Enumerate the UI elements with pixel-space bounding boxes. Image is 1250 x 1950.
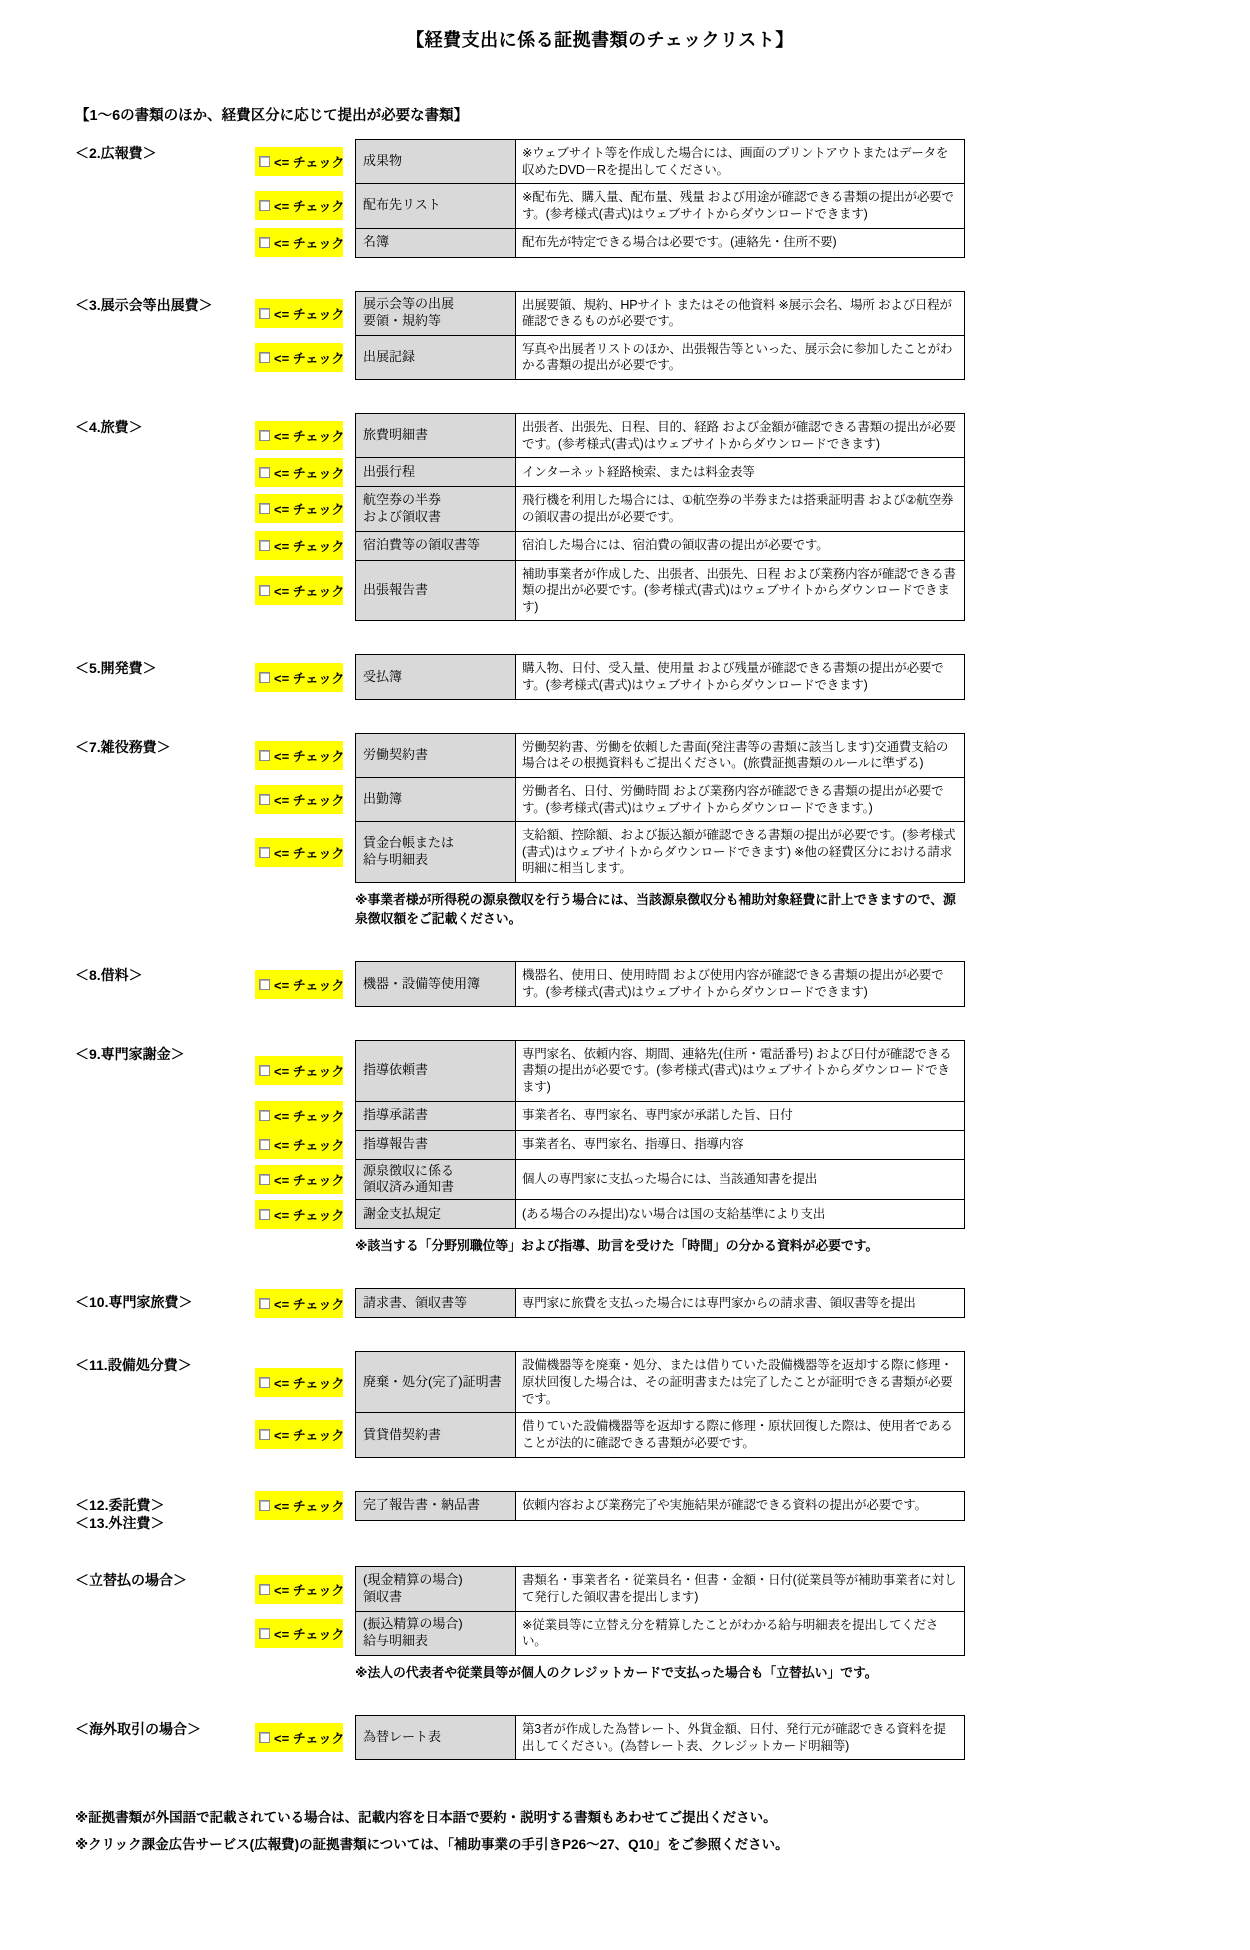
document-name-cell: 出張報告書 <box>356 561 516 621</box>
check-slot: <= チェック <box>255 1288 355 1318</box>
document-description: 配布先が特定できる場合は必要です。(連絡先・住所不要) <box>522 234 836 251</box>
table-row: <= チェック 出張行程 インターネット経路検索、または料金表等 <box>255 457 965 487</box>
section-table: <= チェック 請求書、領収書等 専門家に旅費を支払った場合には専門家からの請求… <box>255 1288 965 1318</box>
section-note: ※該当する「分野別職位等」および指導、助言を受けた「時間」の分かる資料が必要です… <box>355 1236 961 1255</box>
check-label: <= チェック <box>274 348 344 367</box>
check-slot: <= チェック <box>255 733 355 778</box>
table-row: <= チェック (振込精算の場合) 給与明細表 ※従業員等に立替え分を精算したこ… <box>255 1611 965 1656</box>
document-description-cell: 購入物、日付、受入量、使用量 および残量が確認できる書類の提出が必要です。(参考… <box>516 655 964 698</box>
section-rows: <= チェック (現金精算の場合) 領収書 書類名・事業者名・従業員名・但書・金… <box>255 1566 965 1656</box>
document-row-table: 配布先リスト ※配布先、購入量、配布量、残量 および用途が確認できる書類の提出が… <box>355 183 965 228</box>
expense-section: ＜3.展示会等出展費＞ <= チェック 展示会等の出展 要領・規約等 出展要領、… <box>75 291 1230 381</box>
check-label: <= チェック <box>274 1728 344 1747</box>
document-description: 第3者が作成した為替レート、外貨金額、日付、発行元が確認できる資料を提出してくだ… <box>522 1721 958 1754</box>
check-label: <= チェック <box>274 536 344 555</box>
document-row-table: 出張行程 インターネット経路検索、または料金表等 <box>355 457 965 487</box>
document-description-cell: 借りていた設備機器等を返却する際に修理・原状回復した際は、使用者であることが法的… <box>516 1413 964 1456</box>
checkbox[interactable] <box>259 585 270 596</box>
expense-section: ＜7.雑役務費＞ <= チェック 労働契約書 労働契約書、労働を依頼した書面(発… <box>75 733 1230 929</box>
check-cell: <= チェック <box>255 1723 343 1752</box>
checkbox[interactable] <box>259 503 270 514</box>
check-cell: <= チェック <box>255 191 343 220</box>
document-name-cell: 受払簿 <box>356 655 516 698</box>
section-label: ＜8.借料＞ <box>75 961 255 985</box>
check-label: <= チェック <box>274 1170 344 1189</box>
table-row: <= チェック 源泉徴収に係る 領収済み通知書 個人の専門家に支払った場合には、… <box>255 1159 965 1201</box>
section-rows: <= チェック 請求書、領収書等 専門家に旅費を支払った場合には専門家からの請求… <box>255 1288 965 1318</box>
document-description-cell: 第3者が作成した為替レート、外貨金額、日付、発行元が確認できる資料を提出してくだ… <box>516 1716 964 1759</box>
document-row-table: 成果物 ※ウェブサイト等を作成した場合には、画面のプリントアウトまたはデータを収… <box>355 139 965 184</box>
check-cell: <= チェック <box>255 1619 343 1648</box>
check-cell: <= チェック <box>255 838 343 867</box>
check-cell: <= チェック <box>255 147 343 176</box>
document-description-cell: 宿泊した場合には、宿泊費の領収書の提出が必要です。 <box>516 532 964 560</box>
document-row-table: 労働契約書 労働契約書、労働を依頼した書面(発注書等の書類に該当します)交通費支… <box>355 733 965 778</box>
document-row-table: 受払簿 購入物、日付、受入量、使用量 および残量が確認できる書類の提出が必要です… <box>355 654 965 699</box>
check-cell: <= チェック <box>255 458 343 487</box>
document-description: ※配布先、購入量、配布量、残量 および用途が確認できる書類の提出が必要です。(参… <box>522 189 958 222</box>
section-rows: <= チェック 受払簿 購入物、日付、受入量、使用量 および残量が確認できる書類… <box>255 654 965 699</box>
document-name-cell: 名簿 <box>356 229 516 257</box>
footnote-click-ads: ※クリック課金広告サービス(広報費)の証拠書類については、「補助事業の手引きP2… <box>75 1831 1230 1858</box>
document-description: 事業者名、専門家名、専門家が承諾した旨、日付 <box>522 1107 793 1124</box>
check-slot: <= チェック <box>255 777 355 822</box>
check-slot: <= チェック <box>255 335 355 380</box>
table-row: <= チェック 成果物 ※ウェブサイト等を作成した場合には、画面のプリントアウト… <box>255 139 965 184</box>
checkbox[interactable] <box>259 467 270 478</box>
document-description-cell: ※配布先、購入量、配布量、残量 および用途が確認できる書類の提出が必要です。(参… <box>516 184 964 227</box>
document-description-cell: 個人の専門家に支払った場合には、当該通知書を提出 <box>516 1160 964 1200</box>
check-slot: <= チェック <box>255 228 355 258</box>
table-row: <= チェック 旅費明細書 出張者、出張先、日程、目的、経路 および金額が確認で… <box>255 413 965 458</box>
document-description: 補助事業者が作成した、出張者、出張先、日程 および業務内容が確認できる書類の提出… <box>522 566 958 616</box>
document-row-table: 宿泊費等の領収書等 宿泊した場合には、宿泊費の領収書の提出が必要です。 <box>355 531 965 561</box>
section-table: <= チェック 旅費明細書 出張者、出張先、日程、目的、経路 および金額が確認で… <box>255 413 965 621</box>
check-label: <= チェック <box>274 463 344 482</box>
table-row: <= チェック 請求書、領収書等 専門家に旅費を支払った場合には専門家からの請求… <box>255 1288 965 1318</box>
check-label: <= チェック <box>274 1580 344 1599</box>
document-description-cell: 事業者名、専門家名、指導日、指導内容 <box>516 1131 964 1159</box>
footnotes: ※証拠書類が外国語で記載されている場合は、記載内容を日本語で要約・説明する書類も… <box>75 1804 1230 1858</box>
expense-section: ＜12.委託費＞ ＜13.外注費＞ <= チェック 完了報告書・納品書 依頼内容… <box>75 1491 1230 1534</box>
section-table: <= チェック 完了報告書・納品書 依頼内容および業務完了や実施結果が確認できる… <box>255 1491 965 1521</box>
check-label: <= チェック <box>274 581 344 600</box>
document-row-table: 機器・設備等使用簿 機器名、使用日、使用時間 および使用内容が確認できる書類の提… <box>355 961 965 1006</box>
check-cell: <= チェック <box>255 663 343 692</box>
checkbox[interactable] <box>259 1174 270 1185</box>
section-rows: <= チェック 旅費明細書 出張者、出張先、日程、目的、経路 および金額が確認で… <box>255 413 965 621</box>
document-description: ※ウェブサイト等を作成した場合には、画面のプリントアウトまたはデータを収めたDV… <box>522 145 958 178</box>
document-name-cell: 請求書、領収書等 <box>356 1289 516 1317</box>
checkbox[interactable] <box>259 672 270 683</box>
section-label: ＜10.専門家旅費＞ <box>75 1288 255 1312</box>
check-slot: <= チェック <box>255 1130 355 1160</box>
document-row-table: 為替レート表 第3者が作成した為替レート、外貨金額、日付、発行元が確認できる資料… <box>355 1715 965 1760</box>
section-label: ＜11.設備処分費＞ <box>75 1351 255 1375</box>
check-label: <= チェック <box>274 196 344 215</box>
document-description: インターネット経路検索、または料金表等 <box>522 464 755 481</box>
check-cell: <= チェック <box>255 1420 343 1449</box>
check-label: <= チェック <box>274 975 344 994</box>
document-row-table: 展示会等の出展 要領・規約等 出展要領、規約、HPサイト またはその他資料 ※展… <box>355 291 965 336</box>
section-label: ＜5.開発費＞ <box>75 654 255 678</box>
expense-section: ＜海外取引の場合＞ <= チェック 為替レート表 第3者が作成した為替レート、外… <box>75 1715 1230 1760</box>
document-description: 個人の専門家に支払った場合には、当該通知書を提出 <box>522 1171 817 1188</box>
check-slot: <= チェック <box>255 1491 355 1521</box>
check-slot: <= チェック <box>255 457 355 487</box>
document-description: 依頼内容および業務完了や実施結果が確認できる資料の提出が必要です。 <box>522 1497 927 1514</box>
page-title: 【経費支出に係る証拠書類のチェックリスト】 <box>75 26 1125 52</box>
check-label: <= チェック <box>274 1205 344 1224</box>
table-row: <= チェック 廃棄・処分(完了)証明書 設備機器等を廃棄・処分、または借りてい… <box>255 1351 965 1413</box>
check-cell: <= チェック <box>255 1200 343 1229</box>
document-description-cell: 専門家名、依頼内容、期間、連絡先(住所・電話番号) および日付が確認できる書類の… <box>516 1041 964 1101</box>
document-description-cell: 写真や出展者リストのほか、出張報告等といった、展示会に参加したことがわかる書類の… <box>516 336 964 379</box>
document-description-cell: インターネット経路検索、または料金表等 <box>516 458 964 486</box>
check-slot: <= チェック <box>255 531 355 561</box>
section-note: ※法人の代表者や従業員等が個人のクレジットカードで支払った場合も「立替払い」です… <box>355 1663 961 1682</box>
checkbox[interactable] <box>259 1732 270 1743</box>
document-description: 事業者名、専門家名、指導日、指導内容 <box>522 1136 743 1153</box>
table-row: <= チェック 指導承諾書 事業者名、専門家名、専門家が承諾した旨、日付 <box>255 1101 965 1131</box>
check-cell: <= チェック <box>255 343 343 372</box>
check-slot: <= チェック <box>255 1101 355 1131</box>
check-cell: <= チェック <box>255 299 343 328</box>
check-label: <= チェック <box>274 1061 344 1080</box>
document-row-table: 賃金台帳または 給与明細表 支給額、控除額、および振込額が確認できる書類の提出が… <box>355 821 965 883</box>
check-cell: <= チェック <box>255 970 343 999</box>
document-description-cell: (ある場合のみ提出)ない場合は国の支給基準により支出 <box>516 1200 964 1228</box>
checkbox[interactable] <box>259 1377 270 1388</box>
document-row-table: 謝金支払規定 (ある場合のみ提出)ない場合は国の支給基準により支出 <box>355 1199 965 1229</box>
document-description: 専門家に旅費を支払った場合には専門家からの請求書、領収書等を提出 <box>522 1295 916 1312</box>
section-rows: <= チェック 労働契約書 労働契約書、労働を依頼した書面(発注書等の書類に該当… <box>255 733 965 883</box>
checkbox[interactable] <box>259 1209 270 1220</box>
check-slot: <= チェック <box>255 139 355 184</box>
table-row: <= チェック 機器・設備等使用簿 機器名、使用日、使用時間 および使用内容が確… <box>255 961 965 1006</box>
document-name-cell: 宿泊費等の領収書等 <box>356 532 516 560</box>
check-slot: <= チェック <box>255 654 355 699</box>
document-name-cell: (現金精算の場合) 領収書 <box>356 1567 516 1610</box>
check-slot: <= チェック <box>255 821 355 883</box>
check-slot: <= チェック <box>255 413 355 458</box>
document-row-table: 完了報告書・納品書 依頼内容および業務完了や実施結果が確認できる資料の提出が必要… <box>355 1491 965 1521</box>
checkbox[interactable] <box>259 979 270 990</box>
document-name-cell: 機器・設備等使用簿 <box>356 962 516 1005</box>
table-row: <= チェック 展示会等の出展 要領・規約等 出展要領、規約、HPサイト または… <box>255 291 965 336</box>
expense-section: ＜11.設備処分費＞ <= チェック 廃棄・処分(完了)証明書 設備機器等を廃棄… <box>75 1351 1230 1457</box>
check-label: <= チェック <box>274 499 344 518</box>
document-row-table: (振込精算の場合) 給与明細表 ※従業員等に立替え分を精算したことがわかる給与明… <box>355 1611 965 1656</box>
section-rows: <= チェック 成果物 ※ウェブサイト等を作成した場合には、画面のプリントアウト… <box>255 139 965 258</box>
table-row: <= チェック 配布先リスト ※配布先、購入量、配布量、残量 および用途が確認で… <box>255 183 965 228</box>
check-cell: <= チェック <box>255 576 343 605</box>
expense-section: ＜2.広報費＞ <= チェック 成果物 ※ウェブサイト等を作成した場合には、画面… <box>75 139 1230 258</box>
document-description: ※従業員等に立替え分を精算したことがわかる給与明細表を提出してください。 <box>522 1617 958 1650</box>
expense-section: ＜10.専門家旅費＞ <= チェック 請求書、領収書等 専門家に旅費を支払った場… <box>75 1288 1230 1318</box>
section-label: ＜9.専門家謝金＞ <box>75 1040 255 1064</box>
document-description-cell: 労働契約書、労働を依頼した書面(発注書等の書類に該当します)交通費支給の場合はそ… <box>516 734 964 777</box>
document-description-cell: 出張者、出張先、日程、目的、経路 および金額が確認できる書類の提出が必要です。(… <box>516 414 964 457</box>
document-row-table: 指導報告書 事業者名、専門家名、指導日、指導内容 <box>355 1130 965 1160</box>
document-description: 労働契約書、労働を依頼した書面(発注書等の書類に該当します)交通費支給の場合はそ… <box>522 739 958 772</box>
check-cell: <= チェック <box>255 421 343 450</box>
check-slot: <= チェック <box>255 1715 355 1760</box>
document-name-cell: 航空券の半券 および領収書 <box>356 487 516 530</box>
section-table: <= チェック 受払簿 購入物、日付、受入量、使用量 および残量が確認できる書類… <box>255 654 965 699</box>
document-description: 借りていた設備機器等を返却する際に修理・原状回復した際は、使用者であることが法的… <box>522 1418 958 1451</box>
check-label: <= チェック <box>274 843 344 862</box>
document-description: 購入物、日付、受入量、使用量 および残量が確認できる書類の提出が必要です。(参考… <box>522 660 958 693</box>
document-name-cell: 旅費明細書 <box>356 414 516 457</box>
checkbox[interactable] <box>259 1298 270 1309</box>
document-description-cell: 飛行機を利用した場合には、①航空券の半券または搭乗証明書 および②航空券の領収書… <box>516 487 964 530</box>
document-name-cell: 成果物 <box>356 140 516 183</box>
document-description-cell: 補助事業者が作成した、出張者、出張先、日程 および業務内容が確認できる書類の提出… <box>516 561 964 621</box>
document-description: 出展要領、規約、HPサイト またはその他資料 ※展示会名、場所 および日程が確認… <box>522 297 958 330</box>
document-row-table: 源泉徴収に係る 領収済み通知書 個人の専門家に支払った場合には、当該通知書を提出 <box>355 1159 965 1201</box>
document-description-cell: 労働者名、日付、労働時間 および業務内容が確認できる書類の提出が必要です。(参考… <box>516 778 964 821</box>
section-note: ※事業者様が所得税の源泉徴収を行う場合には、当該源泉徴収分も補助対象経費に計上で… <box>355 890 961 928</box>
document-name-cell: 謝金支払規定 <box>356 1200 516 1228</box>
document-row-table: 出勤簿 労働者名、日付、労働時間 および業務内容が確認できる書類の提出が必要です… <box>355 777 965 822</box>
document-row-table: 名簿 配布先が特定できる場合は必要です。(連絡先・住所不要) <box>355 228 965 258</box>
document-name-cell: 完了報告書・納品書 <box>356 1492 516 1520</box>
section-rows: <= チェック 完了報告書・納品書 依頼内容および業務完了や実施結果が確認できる… <box>255 1491 965 1521</box>
check-cell: <= チェック <box>255 1056 343 1085</box>
check-cell: <= チェック <box>255 1289 343 1318</box>
section-rows: <= チェック 指導依頼書 専門家名、依頼内容、期間、連絡先(住所・電話番号) … <box>255 1040 965 1230</box>
check-cell: <= チェック <box>255 1101 343 1130</box>
document-row-table: 指導依頼書 専門家名、依頼内容、期間、連絡先(住所・電話番号) および日付が確認… <box>355 1040 965 1102</box>
document-description-cell: 事業者名、専門家名、専門家が承諾した旨、日付 <box>516 1102 964 1130</box>
checkbox[interactable] <box>259 1628 270 1639</box>
section-table: <= チェック 労働契約書 労働契約書、労働を依頼した書面(発注書等の書類に該当… <box>255 733 965 929</box>
document-row-table: 廃棄・処分(完了)証明書 設備機器等を廃棄・処分、または借りていた設備機器等を返… <box>355 1351 965 1413</box>
check-label: <= チェック <box>274 1294 344 1313</box>
check-slot: <= チェック <box>255 1159 355 1201</box>
section-label: ＜2.広報費＞ <box>75 139 255 163</box>
section-label: ＜海外取引の場合＞ <box>75 1715 255 1739</box>
checkbox[interactable] <box>259 1065 270 1076</box>
check-slot: <= チェック <box>255 1351 355 1413</box>
document-description-cell: 書類名・事業者名・従業員名・但書・金額・日付(従業員等が補助事業者に対して発行し… <box>516 1567 964 1610</box>
check-slot: <= チェック <box>255 1040 355 1102</box>
section-label: ＜3.展示会等出展費＞ <box>75 291 255 315</box>
document-name-cell: 指導依頼書 <box>356 1041 516 1101</box>
check-cell: <= チェック <box>255 1130 343 1159</box>
document-name-cell: 出勤簿 <box>356 778 516 821</box>
check-slot: <= チェック <box>255 1412 355 1457</box>
check-cell: <= チェック <box>255 1491 343 1520</box>
table-row: <= チェック 出展記録 写真や出展者リストのほか、出張報告等といった、展示会に… <box>255 335 965 380</box>
document-description-cell: ※従業員等に立替え分を精算したことがわかる給与明細表を提出してください。 <box>516 1612 964 1655</box>
check-label: <= チェック <box>274 426 344 445</box>
checkbox[interactable] <box>259 1584 270 1595</box>
check-cell: <= チェック <box>255 741 343 770</box>
checkbox[interactable] <box>259 1110 270 1121</box>
table-row: <= チェック 為替レート表 第3者が作成した為替レート、外貨金額、日付、発行元… <box>255 1715 965 1760</box>
table-row: <= チェック 出勤簿 労働者名、日付、労働時間 および業務内容が確認できる書類… <box>255 777 965 822</box>
check-cell: <= チェック <box>255 785 343 814</box>
section-table: <= チェック 為替レート表 第3者が作成した為替レート、外貨金額、日付、発行元… <box>255 1715 965 1760</box>
table-row: <= チェック 謝金支払規定 (ある場合のみ提出)ない場合は国の支給基準により支… <box>255 1199 965 1229</box>
checkbox[interactable] <box>259 237 270 248</box>
table-row: <= チェック 指導依頼書 専門家名、依頼内容、期間、連絡先(住所・電話番号) … <box>255 1040 965 1102</box>
table-row: <= チェック (現金精算の場合) 領収書 書類名・事業者名・従業員名・但書・金… <box>255 1566 965 1611</box>
section-label: ＜立替払の場合＞ <box>75 1566 255 1590</box>
document-name-cell: 配布先リスト <box>356 184 516 227</box>
table-row: <= チェック 賃金台帳または 給与明細表 支給額、控除額、および振込額が確認で… <box>255 821 965 883</box>
check-slot: <= チェック <box>255 1566 355 1611</box>
document-description: 出張者、出張先、日程、目的、経路 および金額が確認できる書類の提出が必要です。(… <box>522 419 958 452</box>
document-name-cell: 源泉徴収に係る 領収済み通知書 <box>356 1160 516 1200</box>
check-label: <= チェック <box>274 233 344 252</box>
document-row-table: 指導承諾書 事業者名、専門家名、専門家が承諾した旨、日付 <box>355 1101 965 1131</box>
document-description: 労働者名、日付、労働時間 および業務内容が確認できる書類の提出が必要です。(参考… <box>522 783 958 816</box>
section-rows: <= チェック 展示会等の出展 要領・規約等 出展要領、規約、HPサイト または… <box>255 291 965 381</box>
check-label: <= チェック <box>274 152 344 171</box>
check-label: <= チェック <box>274 1624 344 1643</box>
checkbox[interactable] <box>259 540 270 551</box>
section-table: <= チェック 指導依頼書 専門家名、依頼内容、期間、連絡先(住所・電話番号) … <box>255 1040 965 1256</box>
document-description-cell: 配布先が特定できる場合は必要です。(連絡先・住所不要) <box>516 229 964 257</box>
document-description-cell: ※ウェブサイト等を作成した場合には、画面のプリントアウトまたはデータを収めたDV… <box>516 140 964 183</box>
document-row-table: 請求書、領収書等 専門家に旅費を支払った場合には専門家からの請求書、領収書等を提… <box>355 1288 965 1318</box>
check-slot: <= チェック <box>255 486 355 531</box>
table-row: <= チェック 労働契約書 労働契約書、労働を依頼した書面(発注書等の書類に該当… <box>255 733 965 778</box>
section-table: <= チェック (現金精算の場合) 領収書 書類名・事業者名・従業員名・但書・金… <box>255 1566 965 1682</box>
check-label: <= チェック <box>274 1106 344 1125</box>
document-row-table: 出張報告書 補助事業者が作成した、出張者、出張先、日程 および業務内容が確認でき… <box>355 560 965 622</box>
document-name-cell: 賃貸借契約書 <box>356 1413 516 1456</box>
section-table: <= チェック 成果物 ※ウェブサイト等を作成した場合には、画面のプリントアウト… <box>255 139 965 258</box>
table-row: <= チェック 名簿 配布先が特定できる場合は必要です。(連絡先・住所不要) <box>255 228 965 258</box>
check-label: <= チェック <box>274 1496 344 1515</box>
document-name-cell: (振込精算の場合) 給与明細表 <box>356 1612 516 1655</box>
document-name-cell: 出張行程 <box>356 458 516 486</box>
document-row-table: (現金精算の場合) 領収書 書類名・事業者名・従業員名・但書・金額・日付(従業員… <box>355 1566 965 1611</box>
expense-section: ＜4.旅費＞ <= チェック 旅費明細書 出張者、出張先、日程、目的、経路 およ… <box>75 413 1230 621</box>
document-name-cell: 労働契約書 <box>356 734 516 777</box>
document-description: 飛行機を利用した場合には、①航空券の半券または搭乗証明書 および②航空券の領収書… <box>522 492 958 525</box>
table-row: <= チェック 受払簿 購入物、日付、受入量、使用量 および残量が確認できる書類… <box>255 654 965 699</box>
check-cell: <= チェック <box>255 228 343 257</box>
section-rows: <= チェック 廃棄・処分(完了)証明書 設備機器等を廃棄・処分、または借りてい… <box>255 1351 965 1457</box>
document-name-cell: 賃金台帳または 給与明細表 <box>356 822 516 882</box>
expense-section: ＜5.開発費＞ <= チェック 受払簿 購入物、日付、受入量、使用量 および残量… <box>75 654 1230 699</box>
section-table: <= チェック 展示会等の出展 要領・規約等 出展要領、規約、HPサイト または… <box>255 291 965 381</box>
section-label: ＜4.旅費＞ <box>75 413 255 437</box>
checkbox[interactable] <box>259 308 270 319</box>
document-name-cell: 出展記録 <box>356 336 516 379</box>
section-rows: <= チェック 機器・設備等使用簿 機器名、使用日、使用時間 および使用内容が確… <box>255 961 965 1006</box>
check-slot: <= チェック <box>255 1199 355 1229</box>
document-description: 支給額、控除額、および振込額が確認できる書類の提出が必要です。(参考様式(書式)… <box>522 827 958 877</box>
document-description-cell: 出展要領、規約、HPサイト またはその他資料 ※展示会名、場所 および日程が確認… <box>516 292 964 335</box>
document-description-cell: 専門家に旅費を支払った場合には専門家からの請求書、領収書等を提出 <box>516 1289 964 1317</box>
expense-section: ＜8.借料＞ <= チェック 機器・設備等使用簿 機器名、使用日、使用時間 およ… <box>75 961 1230 1006</box>
document-description: (ある場合のみ提出)ない場合は国の支給基準により支出 <box>522 1206 825 1223</box>
sections: ＜2.広報費＞ <= チェック 成果物 ※ウェブサイト等を作成した場合には、画面… <box>75 139 1230 1760</box>
checkbox[interactable] <box>259 750 270 761</box>
section-label: ＜7.雑役務費＞ <box>75 733 255 757</box>
check-slot: <= チェック <box>255 1611 355 1656</box>
check-label: <= チェック <box>274 746 344 765</box>
checkbox[interactable] <box>259 352 270 363</box>
checkbox[interactable] <box>259 200 270 211</box>
document-row-table: 旅費明細書 出張者、出張先、日程、目的、経路 および金額が確認できる書類の提出が… <box>355 413 965 458</box>
section-label: ＜12.委託費＞ ＜13.外注費＞ <box>75 1491 255 1534</box>
check-label: <= チェック <box>274 668 344 687</box>
document-description-cell: 支給額、控除額、および振込額が確認できる書類の提出が必要です。(参考様式(書式)… <box>516 822 964 882</box>
check-label: <= チェック <box>274 1425 344 1444</box>
check-cell: <= チェック <box>255 1368 343 1397</box>
check-label: <= チェック <box>274 1373 344 1392</box>
check-label: <= チェック <box>274 790 344 809</box>
document-name-cell: 指導承諾書 <box>356 1102 516 1130</box>
check-slot: <= チェック <box>255 560 355 622</box>
check-slot: <= チェック <box>255 183 355 228</box>
check-slot: <= チェック <box>255 961 355 1006</box>
table-row: <= チェック 出張報告書 補助事業者が作成した、出張者、出張先、日程 および業… <box>255 560 965 622</box>
check-slot: <= チェック <box>255 291 355 336</box>
check-label: <= チェック <box>274 304 344 323</box>
checklist-document: 【経費支出に係る証拠書類のチェックリスト】 【1～6の書類のほか、経費区分に応じ… <box>0 0 1250 1858</box>
checkbox[interactable] <box>259 430 270 441</box>
check-cell: <= チェック <box>255 494 343 523</box>
check-cell: <= チェック <box>255 1165 343 1194</box>
document-description-cell: 依頼内容および業務完了や実施結果が確認できる資料の提出が必要です。 <box>516 1492 964 1520</box>
document-name-cell: 為替レート表 <box>356 1716 516 1759</box>
footnote-foreign-language: ※証拠書類が外国語で記載されている場合は、記載内容を日本語で要約・説明する書類も… <box>75 1804 1230 1831</box>
table-row: <= チェック 宿泊費等の領収書等 宿泊した場合には、宿泊費の領収書の提出が必要… <box>255 531 965 561</box>
section-group-heading: 【1～6の書類のほか、経費区分に応じて提出が必要な書類】 <box>75 104 1230 125</box>
document-row-table: 賃貸借契約書 借りていた設備機器等を返却する際に修理・原状回復した際は、使用者で… <box>355 1412 965 1457</box>
document-row-table: 航空券の半券 および領収書 飛行機を利用した場合には、①航空券の半券または搭乗証… <box>355 486 965 531</box>
check-label: <= チェック <box>274 1135 344 1154</box>
section-rows: <= チェック 為替レート表 第3者が作成した為替レート、外貨金額、日付、発行元… <box>255 1715 965 1760</box>
document-name-cell: 指導報告書 <box>356 1131 516 1159</box>
document-description-cell: 機器名、使用日、使用時間 および使用内容が確認できる書類の提出が必要です。(参考… <box>516 962 964 1005</box>
checkbox[interactable] <box>259 156 270 167</box>
document-description: 写真や出展者リストのほか、出張報告等といった、展示会に参加したことがわかる書類の… <box>522 341 958 374</box>
document-description: 機器名、使用日、使用時間 および使用内容が確認できる書類の提出が必要です。(参考… <box>522 967 958 1000</box>
document-description: 宿泊した場合には、宿泊費の領収書の提出が必要です。 <box>522 537 829 554</box>
document-description: 書類名・事業者名・従業員名・但書・金額・日付(従業員等が補助事業者に対して発行し… <box>522 1572 958 1605</box>
document-name-cell: 廃棄・処分(完了)証明書 <box>356 1352 516 1412</box>
checkbox[interactable] <box>259 1139 270 1150</box>
table-row: <= チェック 完了報告書・納品書 依頼内容および業務完了や実施結果が確認できる… <box>255 1491 965 1521</box>
expense-section: ＜立替払の場合＞ <= チェック (現金精算の場合) 領収書 書類名・事業者名・… <box>75 1566 1230 1682</box>
document-row-table: 出展記録 写真や出展者リストのほか、出張報告等といった、展示会に参加したことがわ… <box>355 335 965 380</box>
document-description: 設備機器等を廃棄・処分、または借りていた設備機器等を返却する際に修理・原状回復し… <box>522 1357 958 1407</box>
section-table: <= チェック 廃棄・処分(完了)証明書 設備機器等を廃棄・処分、または借りてい… <box>255 1351 965 1457</box>
expense-section: ＜9.専門家謝金＞ <= チェック 指導依頼書 専門家名、依頼内容、期間、連絡先… <box>75 1040 1230 1256</box>
table-row: <= チェック 賃貸借契約書 借りていた設備機器等を返却する際に修理・原状回復し… <box>255 1412 965 1457</box>
checkbox[interactable] <box>259 1500 270 1511</box>
document-description: 専門家名、依頼内容、期間、連絡先(住所・電話番号) および日付が確認できる書類の… <box>522 1046 958 1096</box>
checkbox[interactable] <box>259 1429 270 1440</box>
table-row: <= チェック 航空券の半券 および領収書 飛行機を利用した場合には、①航空券の… <box>255 486 965 531</box>
checkbox[interactable] <box>259 847 270 858</box>
checkbox[interactable] <box>259 794 270 805</box>
section-table: <= チェック 機器・設備等使用簿 機器名、使用日、使用時間 および使用内容が確… <box>255 961 965 1006</box>
check-cell: <= チェック <box>255 531 343 560</box>
check-cell: <= チェック <box>255 1575 343 1604</box>
document-description-cell: 設備機器等を廃棄・処分、または借りていた設備機器等を返却する際に修理・原状回復し… <box>516 1352 964 1412</box>
document-name-cell: 展示会等の出展 要領・規約等 <box>356 292 516 335</box>
